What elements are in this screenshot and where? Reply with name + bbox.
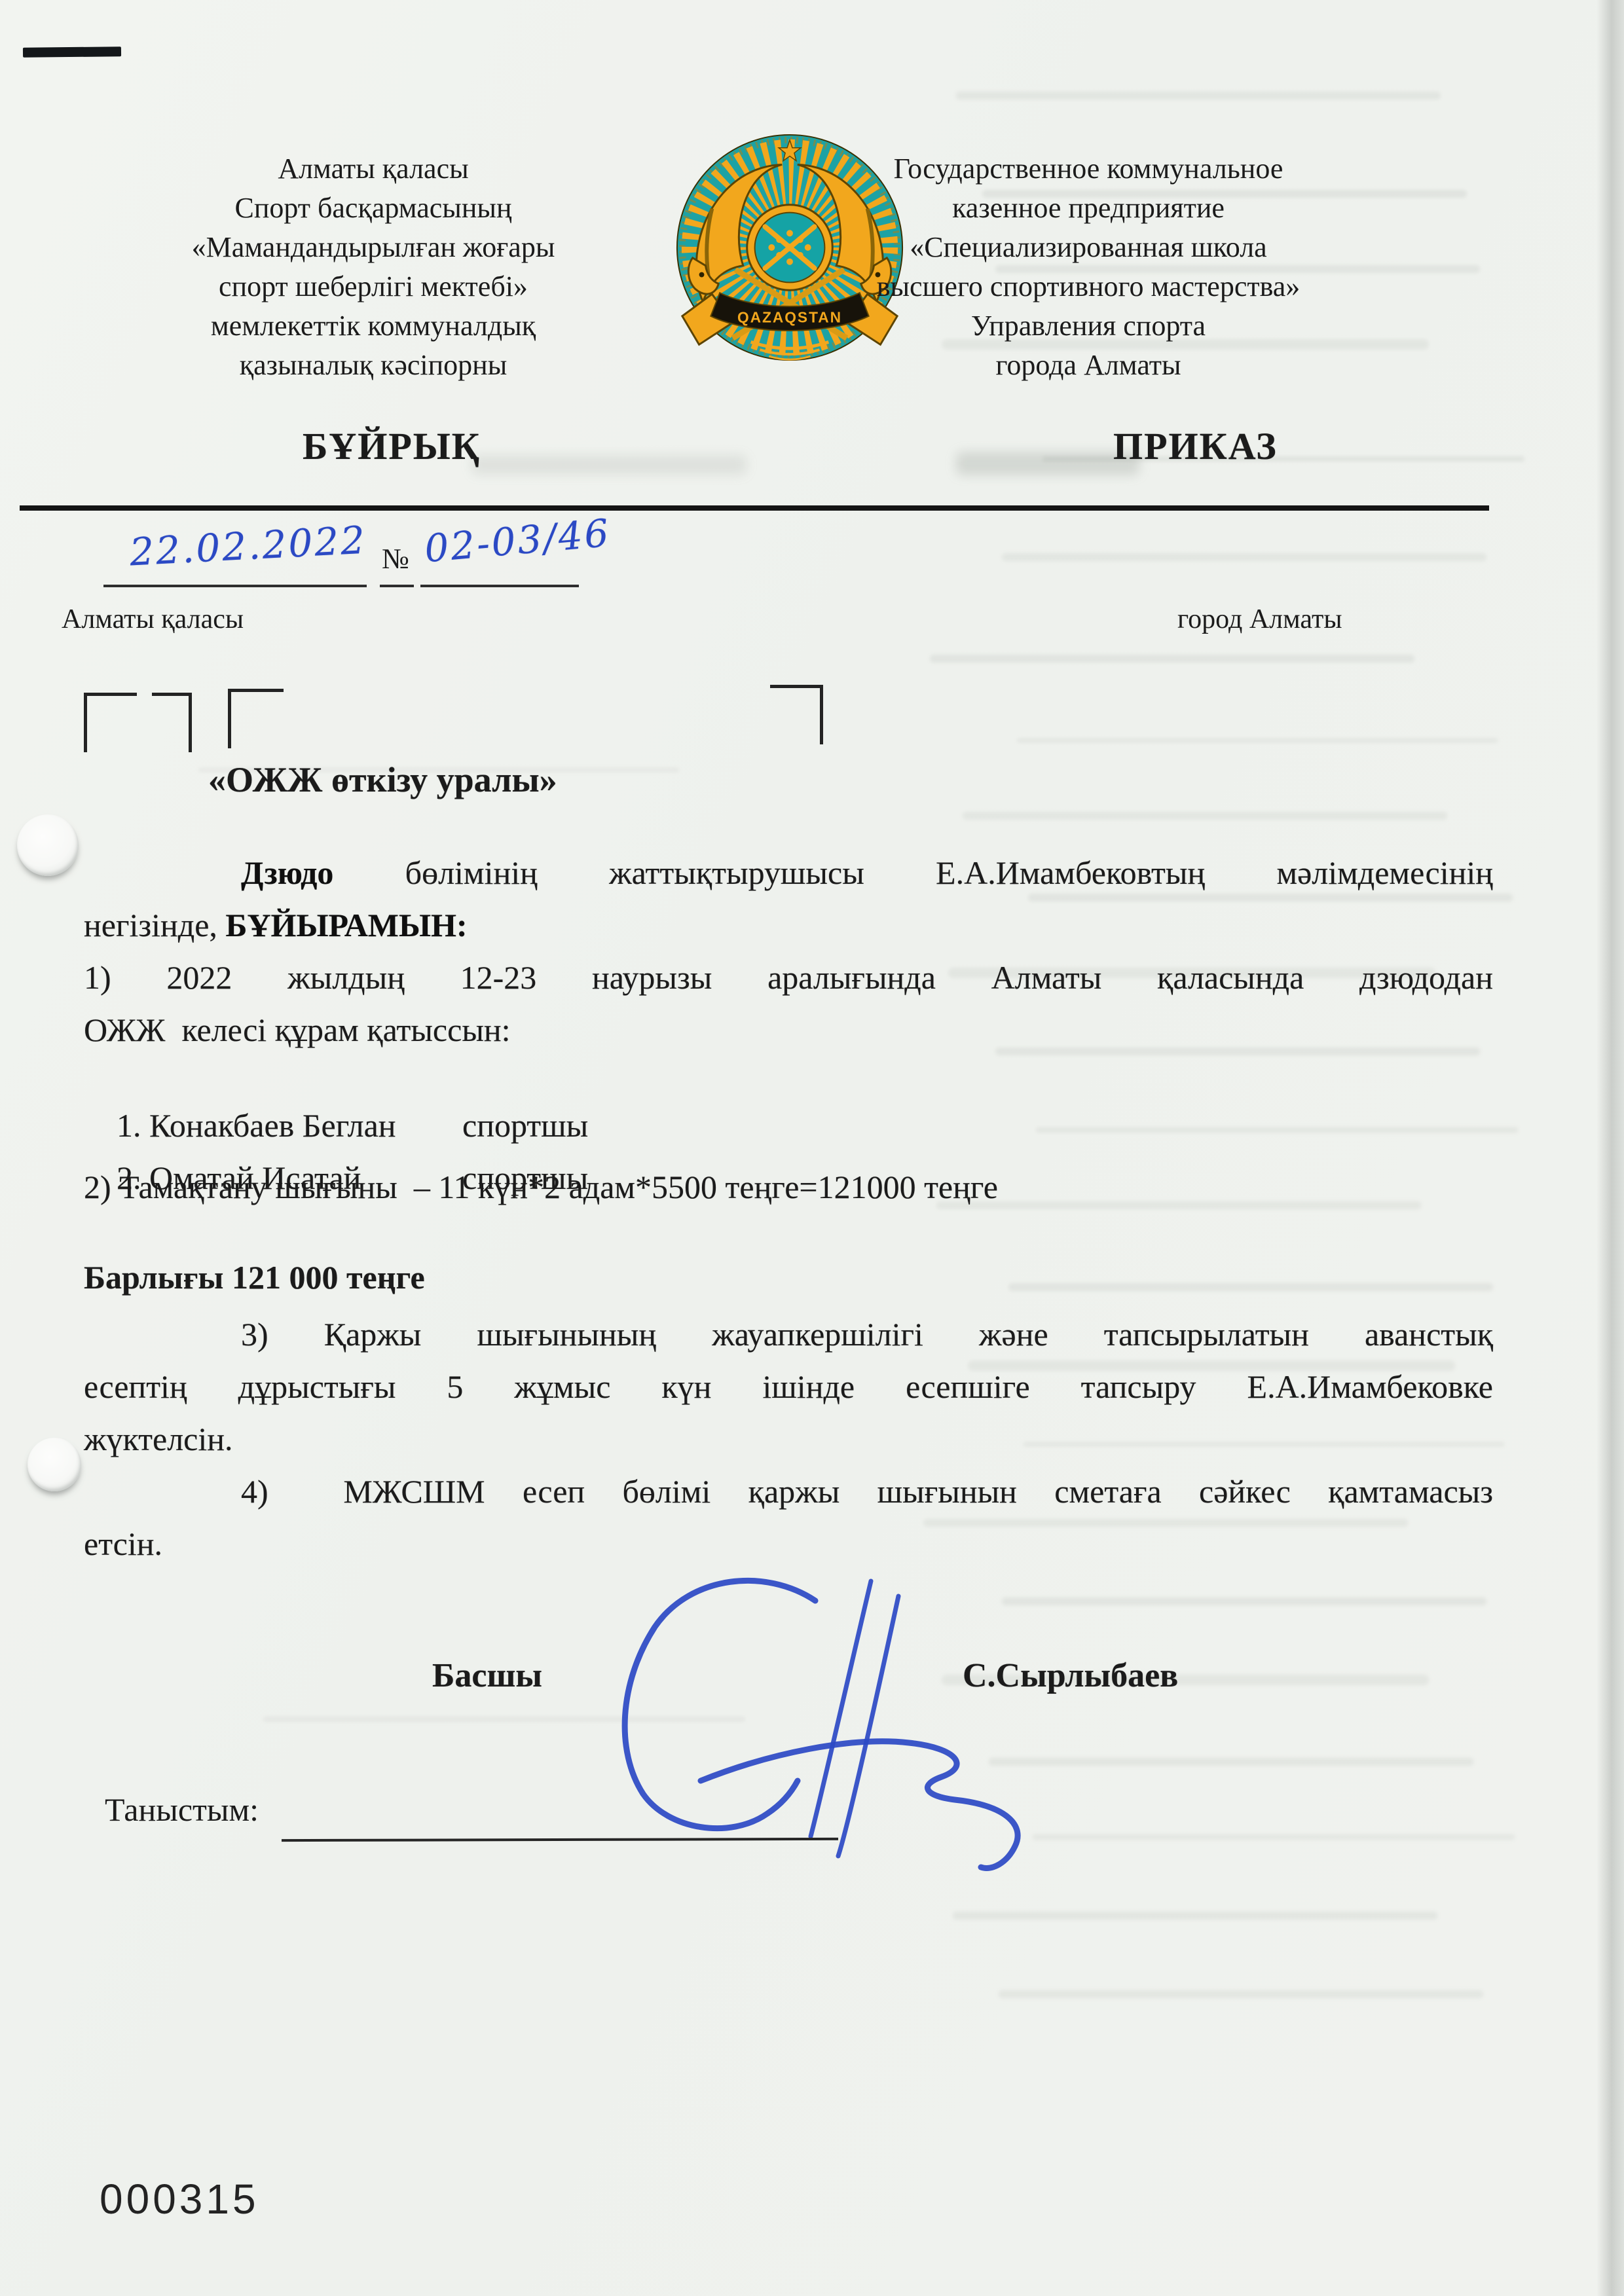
body-line: 1) 2022 жылдың 12-23 наурызы аралығында … — [84, 956, 1493, 999]
bleedthrough-smudge — [471, 455, 747, 475]
hole-punch — [28, 1438, 81, 1491]
scanned-order-document: Алматы қаласы Спорт басқармасының «Маман… — [0, 0, 1624, 2296]
body-bold: Дзюдо — [241, 854, 333, 891]
org-name-kazakh: Алматы қаласы Спорт басқармасының «Маман… — [111, 149, 635, 385]
org-right-line: Управления спорта — [851, 306, 1325, 346]
org-left-line: Спорт басқармасының — [111, 189, 635, 228]
org-right-line: высшего спортивного мастерства» — [851, 267, 1325, 306]
org-right-line: «Специализированная школа — [851, 228, 1325, 267]
crop-mark — [152, 693, 192, 752]
header-rule — [20, 505, 1489, 511]
hole-punch — [17, 814, 79, 876]
handwritten-order-number: 02-03/46 — [423, 511, 612, 572]
body-line: 4) МЖСШМ есеп бөлімі қаржы шығынын смета… — [84, 1470, 1493, 1513]
document-stamp-number: 000315 — [100, 2175, 259, 2223]
acknowledged-label: Таныстым: — [105, 1791, 259, 1829]
body-bold: БҰЙЫРАМЫН: — [225, 907, 467, 943]
place-kazakh: Алматы қаласы — [62, 604, 244, 635]
crop-mark — [84, 693, 137, 752]
body-line: Дзюдо бөлімінің жаттықтырушысы Е.А.Имамб… — [84, 851, 1493, 894]
org-left-line: «Мамандандырылған жоғары — [111, 228, 635, 267]
org-right-line: города Алматы — [851, 346, 1325, 385]
order-title-russian: ПРИКАЗ — [1113, 424, 1278, 468]
emblem-banner-text: QAZAQSTAN — [737, 309, 842, 326]
org-name-russian: Государственное коммунальное казенное пр… — [851, 149, 1325, 385]
order-subject-title: «ОЖЖ өткізу уралы» — [208, 759, 557, 800]
org-right-line: казенное предприятие — [851, 189, 1325, 228]
body-line: 3) Қаржы шығынының жауапкершілігі және т… — [84, 1313, 1493, 1356]
date-underline — [103, 585, 367, 587]
body-line: етсін. — [84, 1522, 1493, 1565]
body-line: негізінде, БҰЙЫРАМЫН: — [84, 903, 1493, 947]
org-left-line: Алматы қаласы — [111, 149, 635, 189]
body-line: ОЖЖ келесі құрам қатыссын: — [84, 1008, 1493, 1051]
signature-ink — [589, 1565, 1113, 1879]
bleedthrough-smudge — [956, 452, 1139, 475]
body-text: негізінде, — [84, 907, 225, 943]
org-left-line: спорт шеберлігі мектебі» — [111, 267, 635, 306]
body-line: есептің дұрыстығы 5 жұмыс күн ішінде есе… — [84, 1365, 1493, 1408]
org-right-line: Государственное коммунальное — [851, 149, 1325, 189]
signer-position-label: Басшы — [432, 1656, 542, 1695]
page-edge-shadow — [1596, 0, 1624, 2296]
body-line: жүктелсін. — [84, 1417, 1493, 1461]
org-left-line: мемлекеттік коммуналдық — [111, 306, 635, 346]
crop-mark — [770, 685, 823, 744]
body-text: бөлімінің жаттықтырушысы Е.А.Имамбековты… — [333, 854, 1493, 891]
order-title-kazakh: БҰЙРЫҚ — [303, 424, 481, 468]
number-sign: № — [382, 542, 409, 575]
total-amount: Барлығы 121 000 теңге — [84, 1256, 1493, 1299]
handwritten-date: 22.02.2022 — [128, 518, 367, 575]
crop-mark — [228, 689, 284, 748]
body-line: 2) Тамақтану шығыны – 11 күн*2 адам*5500… — [84, 1165, 1493, 1209]
place-russian: город Алматы — [1177, 604, 1342, 635]
number-sign-underline — [380, 585, 414, 587]
org-left-line: қазыналық кәсіпорны — [111, 346, 635, 385]
scan-artifact-mark — [23, 46, 121, 58]
order-number-underline — [420, 585, 579, 587]
